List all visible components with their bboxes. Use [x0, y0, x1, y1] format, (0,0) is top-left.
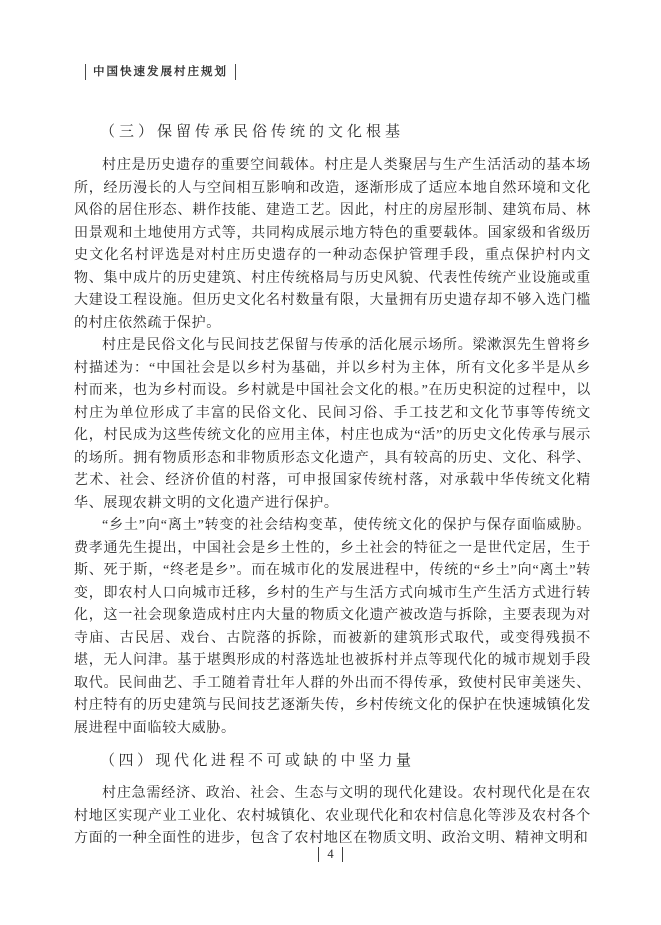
document-page: 中国快速发展村庄规划 （三）保留传承民俗传统的文化根基 村庄是历史遗存的重要空间…	[0, 0, 661, 925]
paragraph: “乡土”向“离土”转变的社会结构变革，使传统文化的保护与保存面临威胁。费孝通先生…	[74, 515, 591, 740]
running-header: 中国快速发展村庄规划	[85, 64, 236, 80]
section-heading-4: （四）现代化进程不可或缺的中坚力量	[74, 749, 591, 770]
page-footer: 4	[0, 845, 661, 863]
page-content: （三）保留传承民俗传统的文化根基 村庄是历史遗存的重要空间载体。村庄是人类聚居与…	[74, 114, 591, 851]
paragraph: 村庄是历史遗存的重要空间载体。村庄是人类聚居与生产生活活动的基本场所，经历漫长的…	[74, 155, 591, 335]
section-heading-3: （三）保留传承民俗传统的文化根基	[74, 120, 591, 141]
running-header-title: 中国快速发展村庄规划	[85, 64, 236, 80]
page-number: 4	[318, 847, 342, 862]
paragraph: 村庄是民俗文化与民间技艺保留与传承的活化展示场所。梁漱溟先生曾将乡村描述为：“中…	[74, 335, 591, 515]
paragraph: 村庄急需经济、政治、社会、生态与文明的现代化建设。农村现代化是在农村地区实现产业…	[74, 783, 591, 851]
